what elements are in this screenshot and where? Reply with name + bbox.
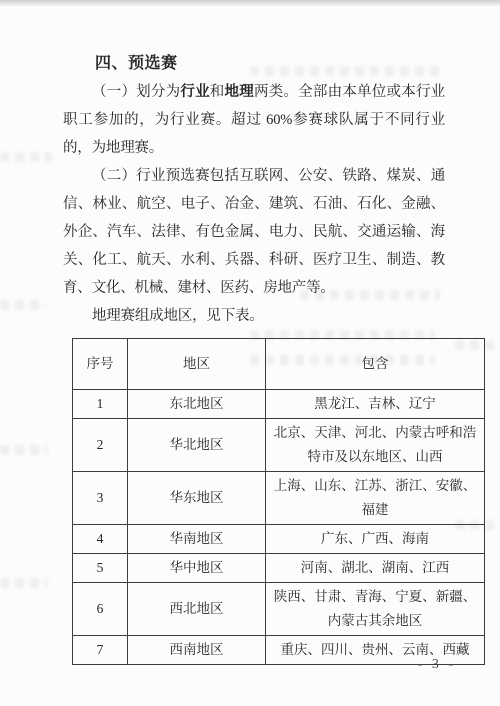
cell-includes: 黑龙江、吉林、辽宁 (266, 390, 485, 419)
header-cell-includes: 包含 (266, 339, 485, 390)
cell-region: 华中地区 (128, 554, 266, 583)
cell-number: 5 (73, 554, 128, 583)
table-row: 6 西北地区 陕西、甘肃、青海、宁夏、新疆、内蒙古其余地区 (73, 583, 485, 636)
cell-region: 西北地区 (128, 583, 266, 636)
scanned-document-page: 四、预选赛 （一）划分为行业和地理两类。全部由本单位或本行业职工参加的，为行业赛… (0, 0, 500, 706)
table-row: 3 华东地区 上海、山东、江苏、浙江、安徽、福建 (73, 472, 485, 525)
paragraph-1-prefix: （一）划分为 (92, 84, 180, 100)
cell-region: 西南地区 (128, 636, 266, 665)
cell-region: 东北地区 (128, 390, 266, 419)
cell-number: 3 (73, 472, 128, 525)
regions-table-header: 序号 地区 包含 (73, 339, 485, 390)
cell-includes: 广东、广西、海南 (266, 525, 485, 554)
cell-number: 4 (73, 525, 128, 554)
bleed-through-artifact (0, 445, 48, 455)
cell-includes: 河南、湖北、湖南、江西 (266, 554, 485, 583)
table-row: 1 东北地区 黑龙江、吉林、辽宁 (73, 390, 485, 419)
cell-includes: 上海、山东、江苏、浙江、安徽、福建 (266, 472, 485, 525)
bleed-through-artifact (0, 152, 52, 162)
table-row: 4 华南地区 广东、广西、海南 (73, 525, 485, 554)
section-heading: 四、预选赛 (63, 50, 445, 78)
bleed-through-artifact (0, 578, 48, 588)
cell-region: 华北地区 (128, 419, 266, 472)
paragraph-3: 地理赛组成地区，见下表。 (63, 302, 445, 330)
cell-number: 7 (73, 636, 128, 665)
paragraph-1-bold-term-1: 行业 (180, 84, 209, 100)
cell-includes: 北京、天津、河北、内蒙古呼和浩特市及以东地区、山西 (266, 419, 485, 472)
cell-includes: 陕西、甘肃、青海、宁夏、新疆、内蒙古其余地区 (266, 583, 485, 636)
paragraph-1: （一）划分为行业和地理两类。全部由本单位或本行业职工参加的，为行业赛。超过 60… (63, 78, 445, 162)
table-row: 2 华北地区 北京、天津、河北、内蒙古呼和浩特市及以东地区、山西 (73, 419, 485, 472)
cell-region: 华南地区 (128, 525, 266, 554)
bleed-through-artifact (0, 300, 46, 310)
cell-number: 2 (73, 419, 128, 472)
paragraph-1-bold-term-2: 地理 (225, 84, 254, 100)
regions-table: 序号 地区 包含 1 东北地区 黑龙江、吉林、辽宁 2 华北地区 北京、天津、河… (72, 338, 485, 665)
paragraph-1-mid: 和 (210, 84, 225, 100)
header-cell-number: 序号 (73, 339, 128, 390)
paragraph-2: （二）行业预选赛包括互联网、公安、铁路、煤炭、通信、林业、航空、电子、冶金、建筑… (63, 162, 445, 302)
document-body: 四、预选赛 （一）划分为行业和地理两类。全部由本单位或本行业职工参加的，为行业赛… (63, 50, 445, 665)
header-cell-region: 地区 (128, 339, 266, 390)
cell-region: 华东地区 (128, 472, 266, 525)
page-number: - 3 - (418, 657, 456, 673)
cell-number: 6 (73, 583, 128, 636)
regions-table-body: 1 东北地区 黑龙江、吉林、辽宁 2 华北地区 北京、天津、河北、内蒙古呼和浩特… (73, 390, 485, 665)
cell-number: 1 (73, 390, 128, 419)
table-header-row: 序号 地区 包含 (73, 339, 485, 390)
table-row: 5 华中地区 河南、湖北、湖南、江西 (73, 554, 485, 583)
